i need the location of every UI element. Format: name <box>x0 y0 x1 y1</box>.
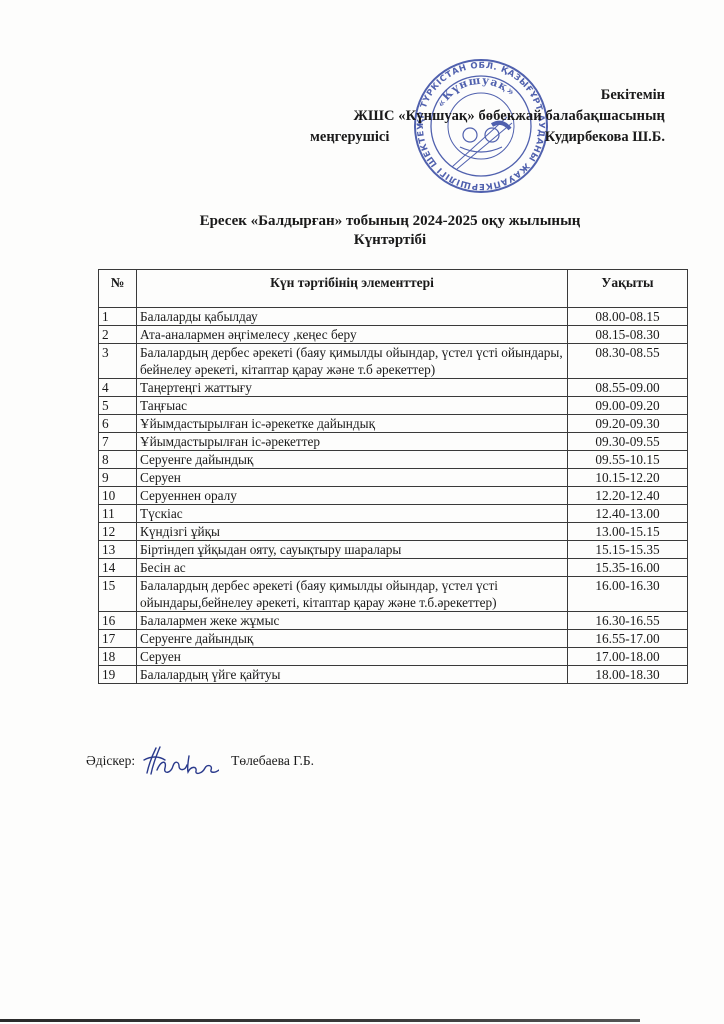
title-line-1: Ересек «Балдырған» тобының 2024-2025 оқу… <box>150 212 630 231</box>
approval-block: Бекітемін ЖШС «Күншуақ» бөбекжай балабақ… <box>290 85 665 148</box>
row-number: 9 <box>99 469 137 487</box>
row-time: 08.00-08.15 <box>568 308 688 326</box>
table-row: 10Серуеннен оралу12.20-12.40 <box>99 487 688 505</box>
row-time: 08.15-08.30 <box>568 326 688 344</box>
table-row: 17Серуенге дайындық16.55-17.00 <box>99 630 688 648</box>
row-time: 09.20-09.30 <box>568 415 688 433</box>
row-number: 7 <box>99 433 137 451</box>
handwritten-signature <box>141 746 219 776</box>
row-time: 16.55-17.00 <box>568 630 688 648</box>
row-time: 09.30-09.55 <box>568 433 688 451</box>
row-activity: Біртіндеп ұйқыдан ояту, сауықтыру шарала… <box>137 541 568 559</box>
row-number: 5 <box>99 397 137 415</box>
row-time: 18.00-18.30 <box>568 666 688 684</box>
institution-line: ЖШС «Күншуақ» бөбекжай балабақшасының <box>290 106 665 127</box>
table-row: 18Серуен17.00-18.00 <box>99 648 688 666</box>
table-header-row: № Күн тәртібінің элементтері Уақыты <box>99 270 688 308</box>
row-time: 13.00-15.15 <box>568 523 688 541</box>
row-number: 17 <box>99 630 137 648</box>
daily-schedule-table: № Күн тәртібінің элементтері Уақыты 1Бал… <box>98 269 688 684</box>
row-time: 16.30-16.55 <box>568 612 688 630</box>
row-time: 12.40-13.00 <box>568 505 688 523</box>
table-row: 15Балалардың дербес әрекеті (баяу қимылд… <box>99 577 688 612</box>
table-row: 2Ата-аналармен әңгімелесу ,кеңес беру08.… <box>99 326 688 344</box>
row-activity: Таңертеңгі жаттығу <box>137 379 568 397</box>
table-row: 13Біртіндеп ұйқыдан ояту, сауықтыру шара… <box>99 541 688 559</box>
row-number: 12 <box>99 523 137 541</box>
row-activity: Ата-аналармен әңгімелесу ,кеңес беру <box>137 326 568 344</box>
scan-edge <box>0 1019 640 1022</box>
approved-label: Бекітемін <box>290 85 665 106</box>
table-row: 14Бесін ас15.35-16.00 <box>99 559 688 577</box>
row-activity: Серуенге дайындық <box>137 451 568 469</box>
row-activity: Серуеннен оралу <box>137 487 568 505</box>
row-activity: Ұйымдастырылған іс-әрекетке дайындық <box>137 415 568 433</box>
director-position: меңгерушісі <box>310 127 389 148</box>
header-time: Уақыты <box>568 270 688 308</box>
director-name: Кудирбекова Ш.Б. <box>545 127 665 148</box>
row-number: 3 <box>99 344 137 379</box>
table-row: 5Таңғыас09.00-09.20 <box>99 397 688 415</box>
row-activity: Таңғыас <box>137 397 568 415</box>
row-number: 15 <box>99 577 137 612</box>
row-activity: Серуенге дайындық <box>137 630 568 648</box>
row-activity: Түскіас <box>137 505 568 523</box>
table-row: 11Түскіас12.40-13.00 <box>99 505 688 523</box>
row-time: 10.15-12.20 <box>568 469 688 487</box>
row-activity: Серуен <box>137 648 568 666</box>
header-elements: Күн тәртібінің элементтері <box>137 270 568 308</box>
table-row: 8Серуенге дайындық09.55-10.15 <box>99 451 688 469</box>
table-row: 3Балалардың дербес әрекеті (баяу қимылды… <box>99 344 688 379</box>
row-activity: Ұйымдастырылған іс-әрекеттер <box>137 433 568 451</box>
row-time: 08.30-08.55 <box>568 344 688 379</box>
row-number: 1 <box>99 308 137 326</box>
row-number: 11 <box>99 505 137 523</box>
row-time: 16.00-16.30 <box>568 577 688 612</box>
row-number: 8 <box>99 451 137 469</box>
header-number: № <box>99 270 137 308</box>
row-activity: Күндізгі ұйқы <box>137 523 568 541</box>
document-title: Ересек «Балдырған» тобының 2024-2025 оқу… <box>150 212 630 250</box>
row-activity: Бесін ас <box>137 559 568 577</box>
row-time: 15.35-16.00 <box>568 559 688 577</box>
signer-role: Әдіскер: <box>86 753 135 769</box>
table-row: 16Балалармен жеке жұмыс16.30-16.55 <box>99 612 688 630</box>
row-activity: Балалардың үйге қайтуы <box>137 666 568 684</box>
row-activity: Балалармен жеке жұмыс <box>137 612 568 630</box>
row-number: 6 <box>99 415 137 433</box>
table-row: 9Серуен10.15-12.20 <box>99 469 688 487</box>
signer-name: Төлебаева Г.Б. <box>231 753 314 769</box>
row-activity: Балаларды қабылдау <box>137 308 568 326</box>
row-number: 13 <box>99 541 137 559</box>
table-row: 19Балалардың үйге қайтуы18.00-18.30 <box>99 666 688 684</box>
row-time: 17.00-18.00 <box>568 648 688 666</box>
table-row: 6Ұйымдастырылған іс-әрекетке дайындық09.… <box>99 415 688 433</box>
table-body: 1Балаларды қабылдау08.00-08.152Ата-анала… <box>99 308 688 684</box>
row-number: 2 <box>99 326 137 344</box>
row-number: 4 <box>99 379 137 397</box>
row-number: 19 <box>99 666 137 684</box>
row-number: 14 <box>99 559 137 577</box>
row-time: 08.55-09.00 <box>568 379 688 397</box>
row-number: 18 <box>99 648 137 666</box>
row-time: 09.55-10.15 <box>568 451 688 469</box>
title-line-2: Күнтәртібі <box>150 231 630 250</box>
row-activity: Серуен <box>137 469 568 487</box>
row-activity: Балалардың дербес әрекеті (баяу қимылды … <box>137 577 568 612</box>
row-time: 09.00-09.20 <box>568 397 688 415</box>
row-number: 10 <box>99 487 137 505</box>
row-time: 12.20-12.40 <box>568 487 688 505</box>
table-row: 1Балаларды қабылдау08.00-08.15 <box>99 308 688 326</box>
table-row: 7Ұйымдастырылған іс-әрекеттер09.30-09.55 <box>99 433 688 451</box>
row-number: 16 <box>99 612 137 630</box>
signature-block: Әдіскер: Төлебаева Г.Б. <box>86 746 314 776</box>
table-row: 12Күндізгі ұйқы13.00-15.15 <box>99 523 688 541</box>
row-activity: Балалардың дербес әрекеті (баяу қимылды … <box>137 344 568 379</box>
row-time: 15.15-15.35 <box>568 541 688 559</box>
table-row: 4Таңертеңгі жаттығу08.55-09.00 <box>99 379 688 397</box>
